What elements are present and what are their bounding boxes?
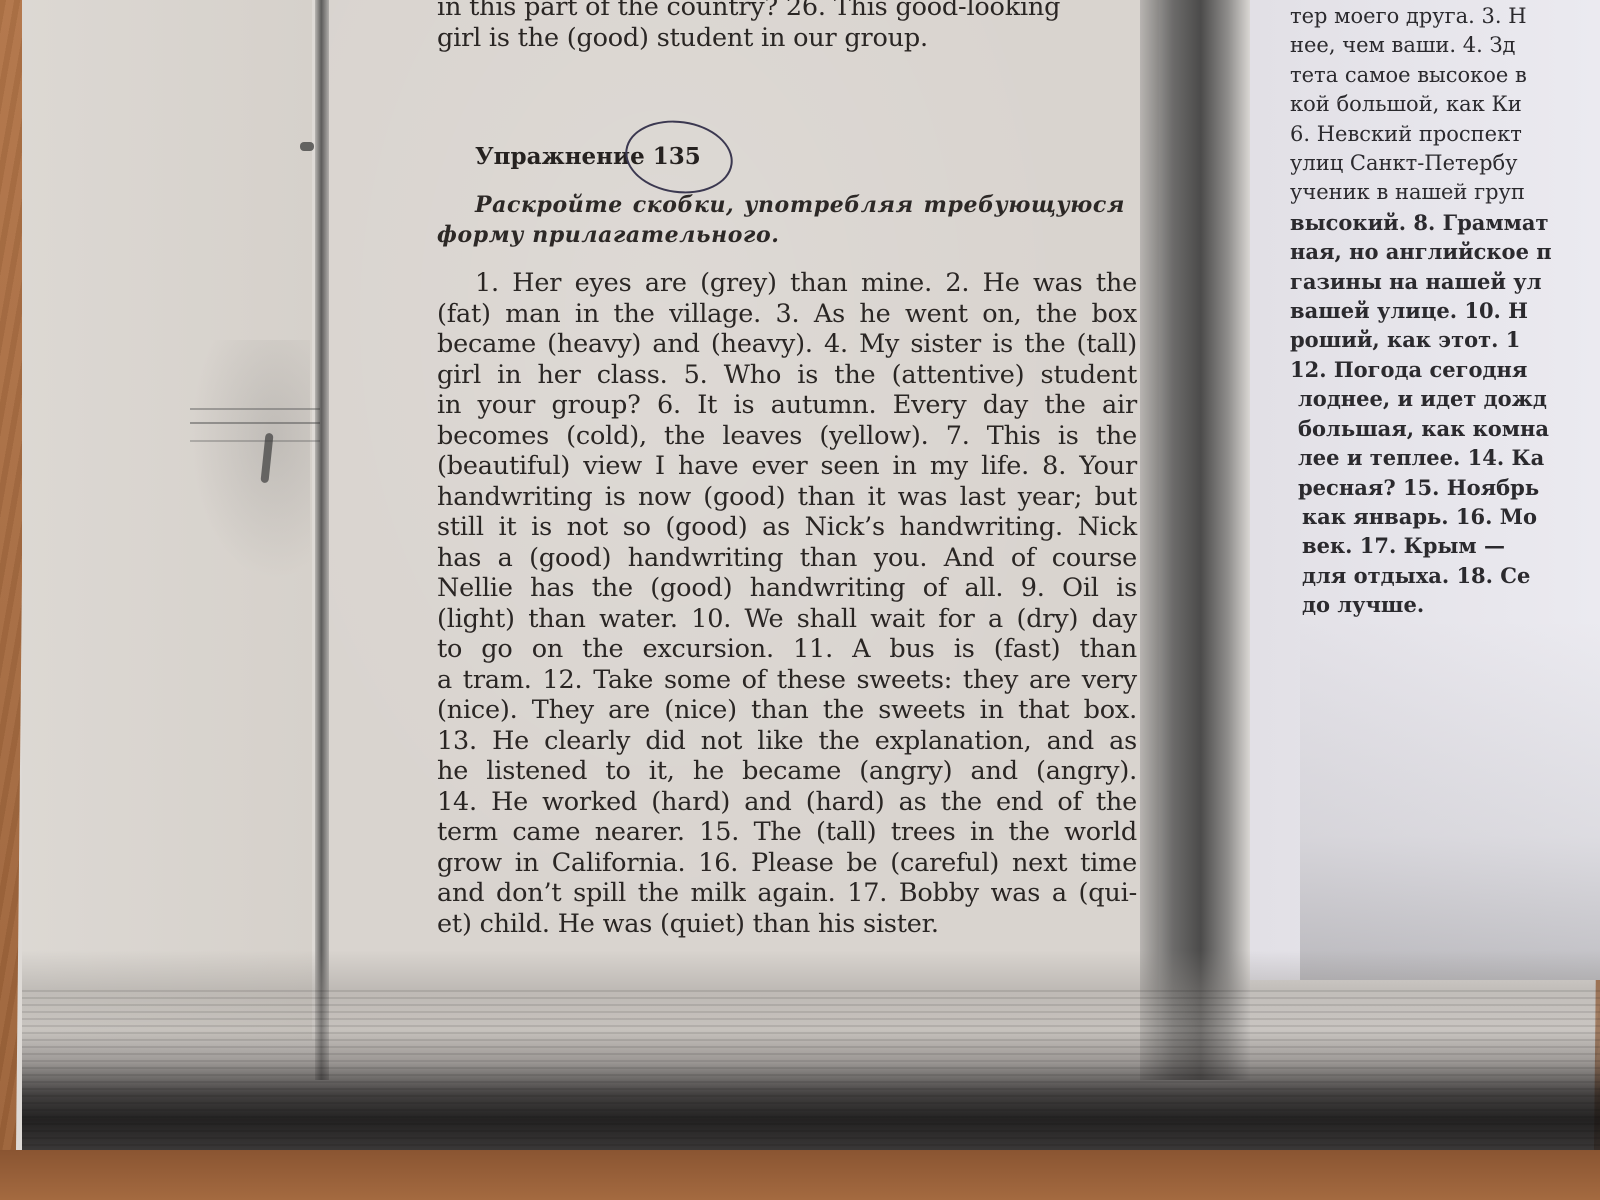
copy-artifact-lines xyxy=(190,408,320,442)
text-line: grow in California. 16. Please be (caref… xyxy=(437,848,1137,879)
text-line: нее, чем ваши. 4. Зд xyxy=(1290,31,1590,60)
text-line: ная, но английское п xyxy=(1290,237,1590,266)
text-line: кой большой, как Ки xyxy=(1290,90,1590,119)
exercise-body: 1. Her eyes are (grey) than mine. 2. He … xyxy=(437,268,1137,939)
text-line: высокий. 8. Граммат xyxy=(1290,208,1590,237)
right-page-text: тер моего друга. 3. Н нее, чем ваши. 4. … xyxy=(1290,2,1590,620)
text-line: he listened to it, he became (angry) and… xyxy=(437,756,1137,787)
text-line: большая, как комна xyxy=(1290,414,1590,443)
text-line: in this part of the country? 26. This go… xyxy=(437,0,1137,23)
text-line: для отдыха. 18. Се xyxy=(1290,561,1590,590)
text-line: 12. Погода сегодня xyxy=(1290,355,1590,384)
text-line: in your group? 6. It is autumn. Every da… xyxy=(437,390,1137,421)
text-line: как январь. 16. Мо xyxy=(1290,502,1590,531)
text-line: handwriting is now (good) than it was la… xyxy=(437,482,1137,513)
book-gutter-shadow xyxy=(1140,0,1250,1080)
text-line: et) child. He was (quiet) than his siste… xyxy=(437,909,1137,940)
right-page-shadow xyxy=(1300,620,1600,980)
text-line: ученик в нашей груп xyxy=(1290,178,1590,207)
previous-exercise-tail: in this part of the country? 26. This go… xyxy=(437,0,1137,53)
text-line: still it is not so (good) as Nick’s hand… xyxy=(437,512,1137,543)
ink-tick-mark xyxy=(300,142,314,151)
copy-streak-artifacts xyxy=(22,990,1600,1150)
text-line: becomes (cold), the leaves (yellow). 7. … xyxy=(437,421,1137,452)
exercise-instructions: Раскройте скобки, употребляя требующуюся… xyxy=(437,190,1125,250)
text-line: (light) than water. 10. We shall wait fo… xyxy=(437,604,1137,635)
text-line: 6. Невский проспект xyxy=(1290,120,1590,149)
text-line: лоднее, и идет дожд xyxy=(1290,384,1590,413)
text-line: became (heavy) and (heavy). 4. My sister… xyxy=(437,329,1137,360)
copy-smudge xyxy=(190,340,310,580)
text-line: тета самое высокое в xyxy=(1290,61,1590,90)
text-line: 14. He worked (hard) and (hard) as the e… xyxy=(437,787,1137,818)
text-line: тер моего друга. 3. Н xyxy=(1290,2,1590,31)
text-line: лее и теплее. 14. Ка xyxy=(1290,443,1590,472)
text-line: ресная? 15. Ноябрь xyxy=(1290,473,1590,502)
text-line: and don’t spill the milk again. 17. Bobb… xyxy=(437,878,1137,909)
text-line: (fat) man in the village. 3. As he went … xyxy=(437,299,1137,330)
text-line: girl is the (good) student in our group. xyxy=(437,23,1137,54)
text-line: has a (good) handwriting than you. And o… xyxy=(437,543,1137,574)
text-line: до лучше. xyxy=(1290,590,1590,619)
text-line: роший, как этот. 1 xyxy=(1290,325,1590,354)
text-line: to go on the excursion. 11. A bus is (fa… xyxy=(437,634,1137,665)
text-line: (nice). They are (nice) than the sweets … xyxy=(437,695,1137,726)
text-line: Nellie has the (good) handwriting of all… xyxy=(437,573,1137,604)
desk-edge xyxy=(0,1150,1600,1200)
text-line: вашей улице. 10. Н xyxy=(1290,296,1590,325)
text-line: 1. Her eyes are (grey) than mine. 2. He … xyxy=(437,268,1137,299)
text-line: век. 17. Крым — xyxy=(1290,531,1590,560)
text-line: 13. He clearly did not like the explanat… xyxy=(437,726,1137,757)
text-line: улиц Санкт-Петербу xyxy=(1290,149,1590,178)
exercise-heading-label: Упражнение xyxy=(475,143,645,170)
page-edge-shadow xyxy=(315,0,329,1080)
text-line: term came nearer. 15. The (tall) trees i… xyxy=(437,817,1137,848)
text-line: girl in her class. 5. Who is the (attent… xyxy=(437,360,1137,391)
text-line: газины на нашей ул xyxy=(1290,267,1590,296)
text-line: (beautiful) view I have ever seen in my … xyxy=(437,451,1137,482)
text-line: a tram. 12. Take some of these sweets: t… xyxy=(437,665,1137,696)
